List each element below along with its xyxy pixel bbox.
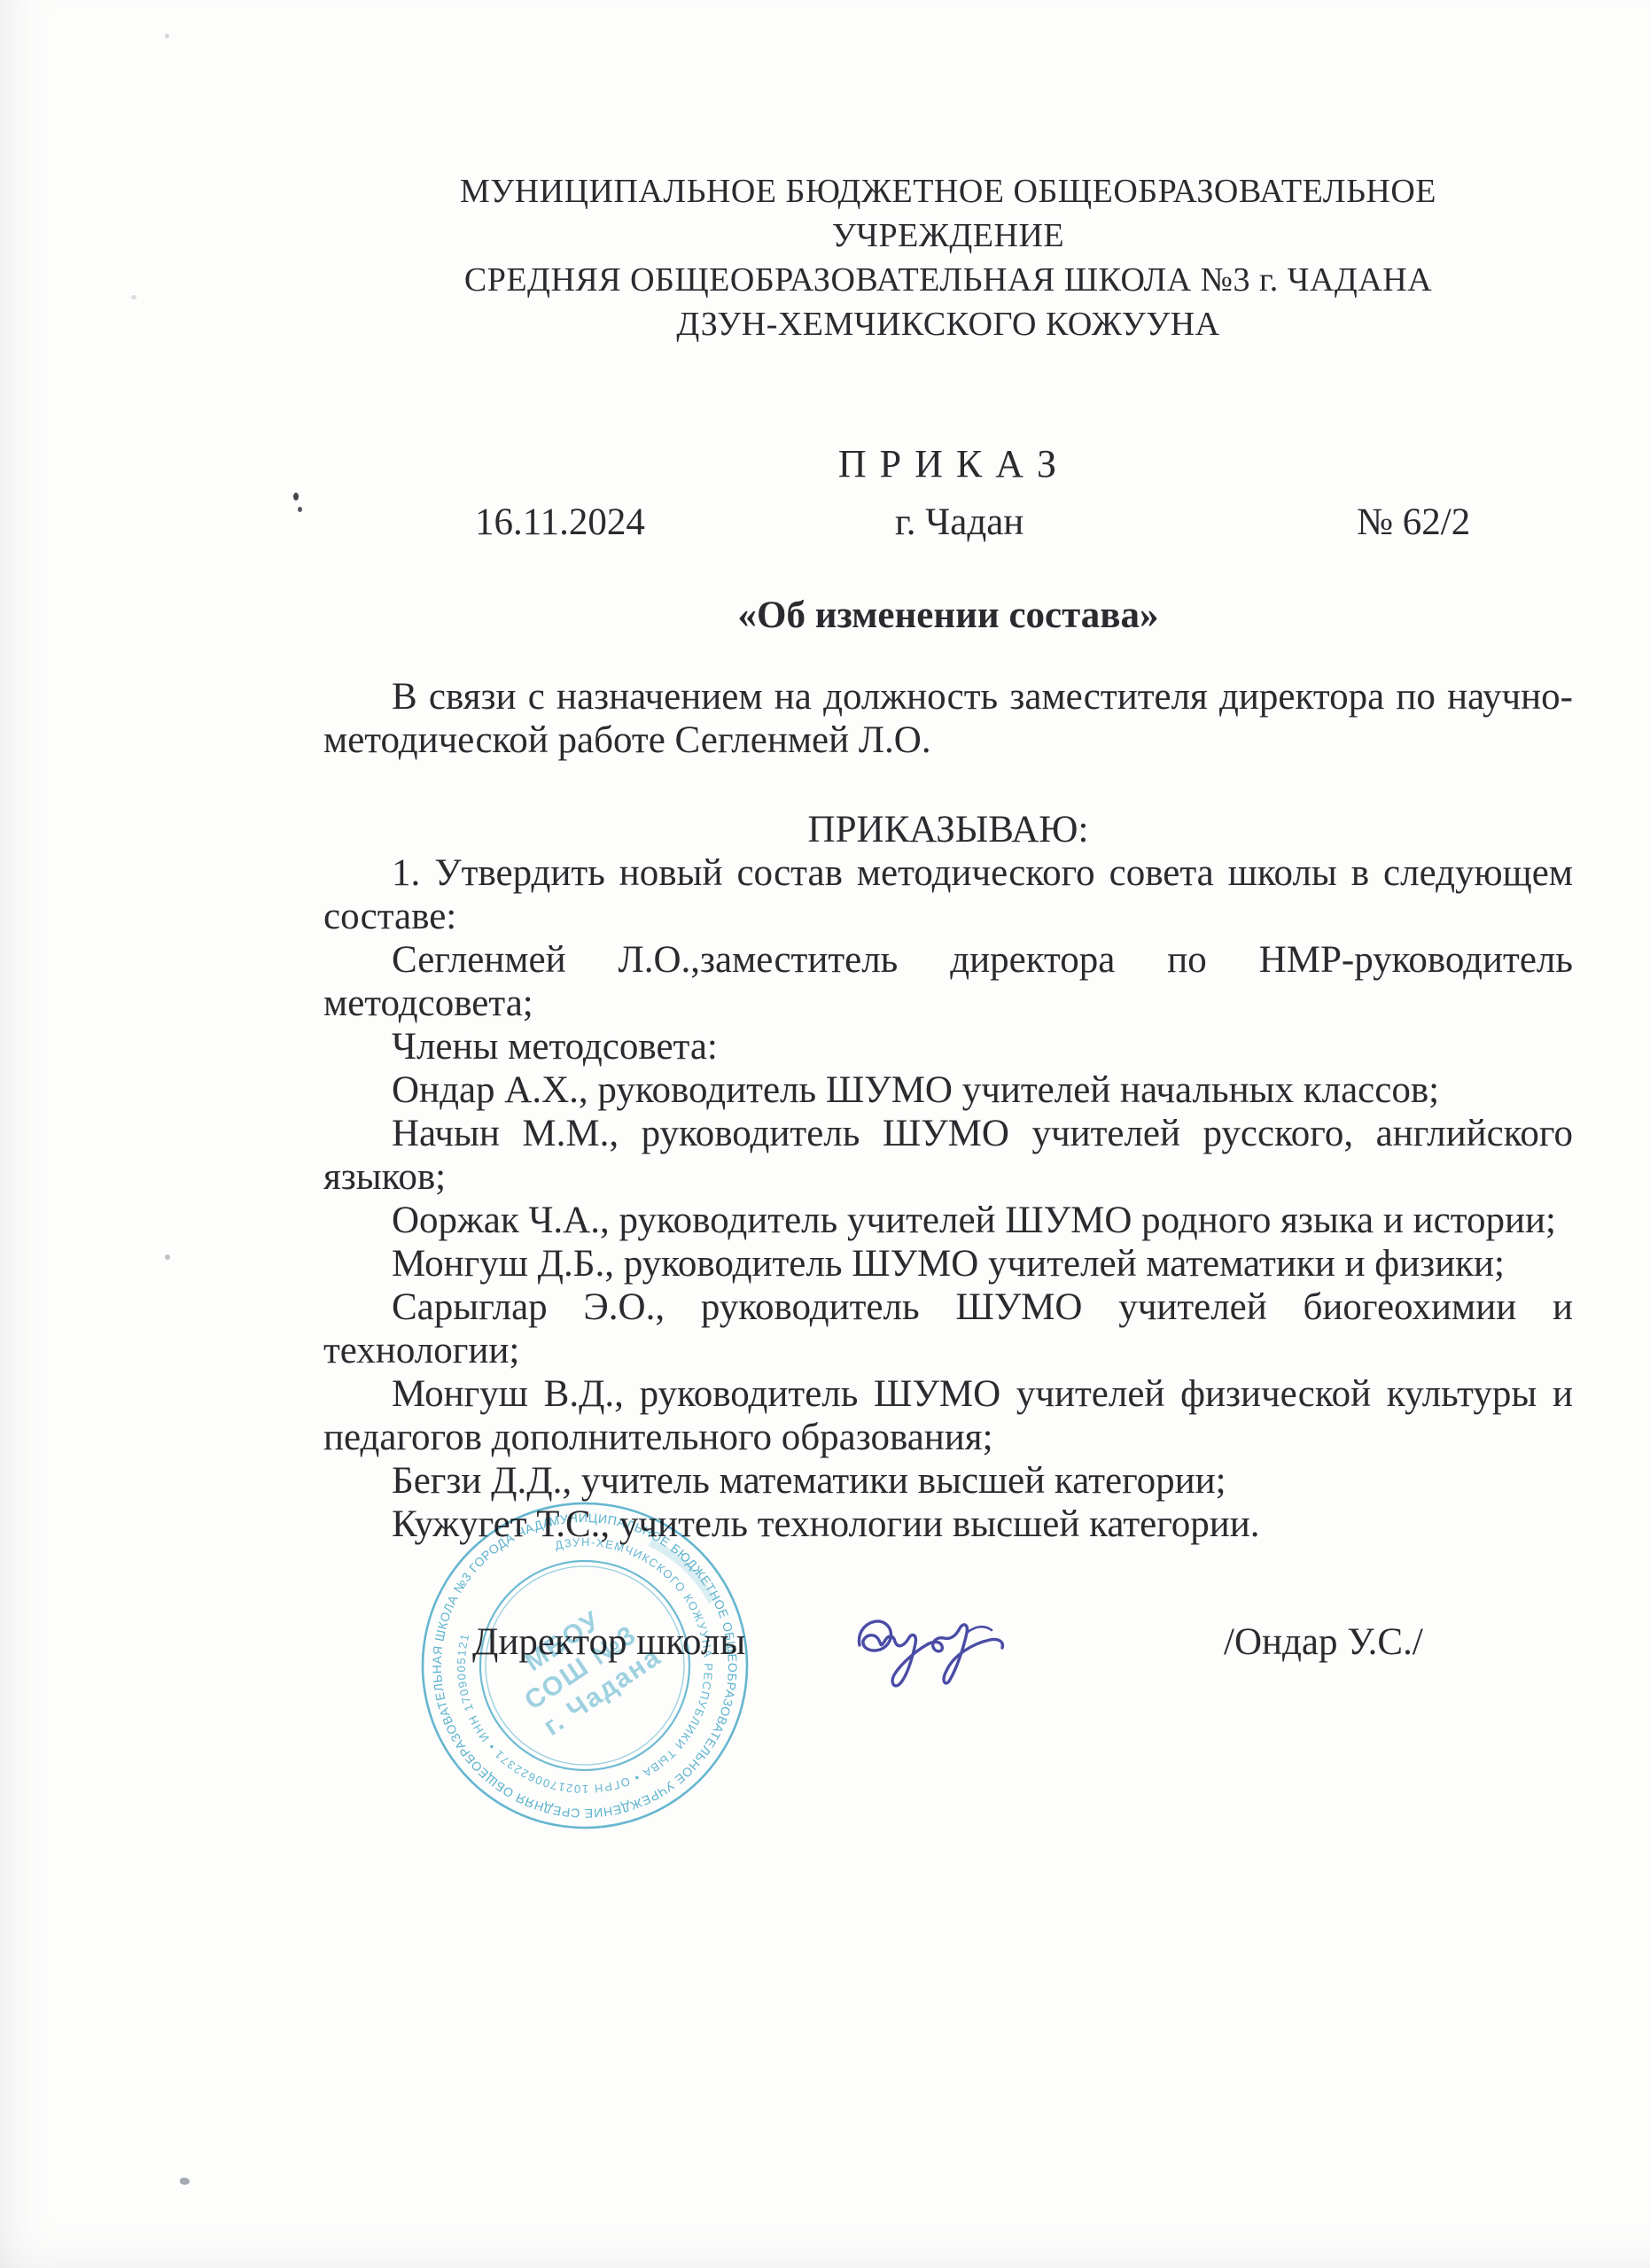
body-line: методсовета; <box>323 982 1573 1025</box>
body-line: Сегленмей Л.О.,заместитель директора по … <box>323 938 1573 982</box>
body-line: 1. Утвердить новый состав методического … <box>323 851 1573 895</box>
school-round-stamp-icon: МУНИЦИПАЛЬНОЕ БЮДЖЕТНОЕ ОБЩЕОБРАЗОВАТЕЛЬ… <box>412 1493 758 1838</box>
scan-speck <box>131 295 136 299</box>
order-body: В связи с назначением на должность замес… <box>323 675 1573 1546</box>
letterhead-line-2: УЧРЕЖДЕНИЕ <box>323 214 1573 258</box>
resolution-heading: ПРИКАЗЫВАЮ: <box>323 808 1573 851</box>
letterhead: МУНИЦИПАЛЬНОЕ БЮДЖЕТНОЕ ОБЩЕОБРАЗОВАТЕЛЬ… <box>323 169 1573 346</box>
body-line: Сарыглар Э.О., руководитель ШУМО учителе… <box>323 1285 1573 1329</box>
order-number: № 62/2 <box>1357 501 1470 544</box>
handwritten-signature <box>833 1590 1063 1705</box>
scan-speck <box>298 507 302 512</box>
body-line: педагогов дополнительного образования; <box>323 1416 1573 1459</box>
body-line: Монгуш Д.Б., руководитель ШУМО учителей … <box>323 1242 1573 1285</box>
letterhead-line-3: СРЕДНЯЯ ОБЩЕОБРАЗОВАТЕЛЬНАЯ ШКОЛА №3 г. … <box>323 258 1573 302</box>
body-line: Монгуш В.Д., руководитель ШУМО учителей … <box>323 1372 1573 1416</box>
scan-speck <box>165 34 169 38</box>
letterhead-line-1: МУНИЦИПАЛЬНОЕ БЮДЖЕТНОЕ ОБЩЕОБРАЗОВАТЕЛЬ… <box>323 169 1573 214</box>
document-page: МУНИЦИПАЛЬНОЕ БЮДЖЕТНОЕ ОБЩЕОБРАЗОВАТЕЛЬ… <box>0 0 1650 2268</box>
body-line: составе: <box>323 895 1573 938</box>
scan-speck <box>165 1254 170 1260</box>
body-line: В связи с назначением на должность замес… <box>323 675 1573 718</box>
body-line: методической работе Сегленмей Л.О. <box>323 718 1573 762</box>
order-date: 16.11.2024 <box>475 501 645 544</box>
body-line: Члены методсовета: <box>323 1025 1573 1068</box>
order-title: П Р И К А З <box>323 442 1573 485</box>
signer-name: /Ондар У.С./ <box>1224 1620 1423 1664</box>
date-row: 16.11.2024 г. Чадан № 62/2 <box>323 501 1573 544</box>
body-line: Ондар А.Х., руководитель ШУМО учителей н… <box>323 1068 1573 1112</box>
stamp-center-text: МБОУ СОШ №3 г. Чадана <box>502 1588 667 1743</box>
order-place: г. Чадан <box>895 501 1023 544</box>
order-subject: «Об изменении состава» <box>323 594 1573 637</box>
body-line: технологии; <box>323 1329 1573 1372</box>
letterhead-line-4: ДЗУН-ХЕМЧИКСКОГО КОЖУУНА <box>323 302 1573 346</box>
scan-speck <box>293 493 299 501</box>
body-line: языков; <box>323 1155 1573 1199</box>
scan-speck <box>180 2178 190 2185</box>
body-line: Ооржак Ч.А., руководитель учителей ШУМО … <box>323 1199 1573 1242</box>
body-line: Начын М.М., руководитель ШУМО учителей р… <box>323 1112 1573 1155</box>
